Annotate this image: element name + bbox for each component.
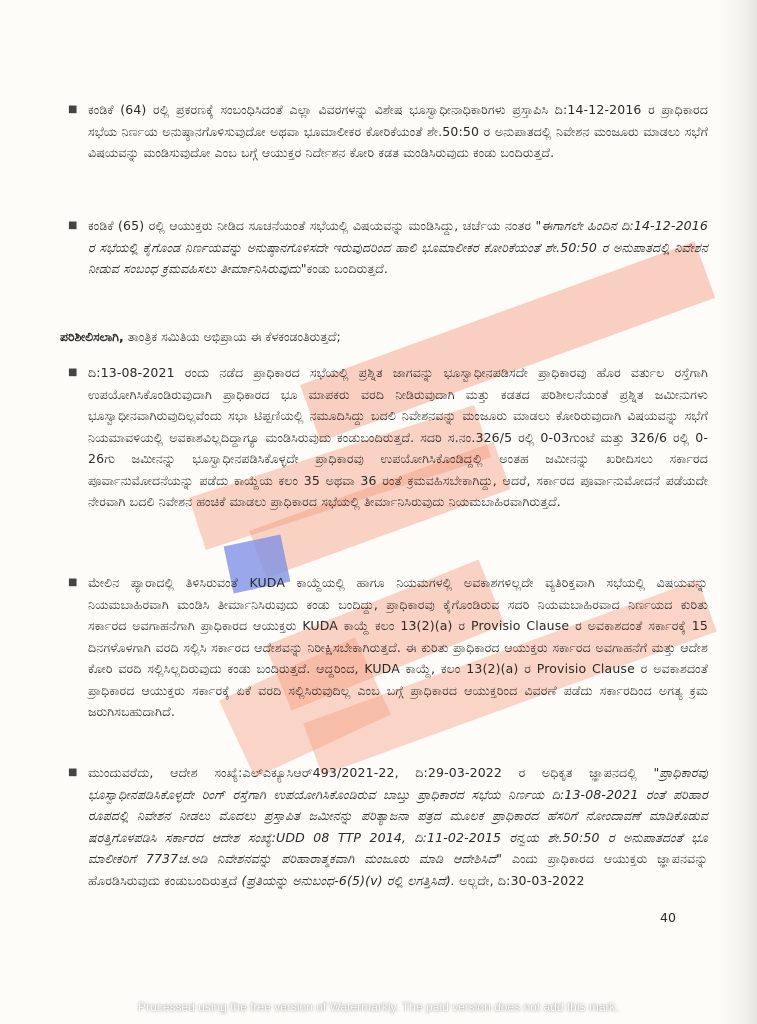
heading-bold: ಪರಿಶೀಲಿಸಲಾಗಿ,	[60, 329, 124, 344]
bullet-icon: ■	[68, 762, 78, 784]
page-number: 40	[660, 910, 676, 925]
finding-text-start: ಮುಂದುವರೆದು, ಆದೇಶ ಸಂಖ್ಯೆ:ಎಲ್‌ಎಕ್ಯೂಸಿಆರ್49…	[88, 765, 653, 780]
paragraph-65: ■ ಕಂಡಿಕೆ (65) ರಲ್ಲಿ ಆಯುಕ್ತರು ನೀಡಿದ ಸೂಚನೆ…	[88, 215, 708, 280]
paragraph-text: ಕಂಡಿಕೆ (65) ರಲ್ಲಿ ಆಯುಕ್ತರು ನೀಡಿದ ಸೂಚನೆಯಂ…	[88, 215, 708, 280]
page-edge-shadow	[717, 0, 757, 1024]
bullet-icon: ■	[68, 99, 78, 121]
bullet-icon: ■	[68, 572, 78, 594]
heading-rest: ತಾಂತ್ರಿಕ ಸಮಿತಿಯ ಅಭಿಪ್ರಾಯ ಈ ಕೆಳಕಂಡಂತಿರುತ್…	[124, 329, 341, 344]
finding-text: ಮುಂದುವರೆದು, ಆದೇಶ ಸಂಖ್ಯೆ:ಎಲ್‌ಎಕ್ಯೂಸಿಆರ್49…	[88, 762, 708, 891]
bullet-icon: ■	[68, 215, 78, 237]
finding-annexure-ref: (ಪ್ರತಿಯನ್ನು ಅನುಬಂಧ-6(5)(v) ರಲ್ಲಿ ಲಗತ್ತಿಸ…	[241, 873, 455, 888]
paragraph-64: ■ ಕಂಡಿಕೆ (64) ರಲ್ಲಿ ಪ್ರಕರಣಕ್ಕೆ ಸಂಬಂಧಿಸಿದ…	[88, 99, 708, 164]
document-page: ■ ಕಂಡಿಕೆ (64) ರಲ್ಲಿ ಪ್ರಕರಣಕ್ಕೆ ಸಂಬಂಧಿಸಿದ…	[0, 0, 757, 1024]
watermark-text: Processed using the free version of Wate…	[0, 1000, 757, 1014]
finding-2: ■ ಮೇಲಿನ ಪ್ಯಾರಾದಲ್ಲಿ ತಿಳಿಸಿರುವಂತೆ KUDA ಕಾ…	[88, 572, 708, 723]
finding-3: ■ ಮುಂದುವರೆದು, ಆದೇಶ ಸಂಖ್ಯೆ:ಎಲ್‌ಎಕ್ಯೂಸಿಆರ್…	[88, 762, 708, 891]
finding-1: ■ ದಿ:13-08-2021 ರಂದು ನಡೆದ ಪ್ರಾಧಿಕಾರದ ಸಭೆ…	[88, 362, 708, 513]
section-heading: ಪರಿಶೀಲಿಸಲಾಗಿ, ತಾಂತ್ರಿಕ ಸಮಿತಿಯ ಅಭಿಪ್ರಾಯ ಈ…	[60, 327, 341, 347]
finding-text: ದಿ:13-08-2021 ರಂದು ನಡೆದ ಪ್ರಾಧಿಕಾರದ ಸಭೆಯಲ…	[88, 362, 708, 513]
finding-text-end: ಅಲ್ಲದೇ, ದಿ:30-03-2022	[455, 873, 585, 888]
paragraph-text-plain: ಕಂಡಿಕೆ (65) ರಲ್ಲಿ ಆಯುಕ್ತರು ನೀಡಿದ ಸೂಚನೆಯಂ…	[88, 218, 535, 233]
bullet-icon: ■	[68, 362, 78, 384]
paragraph-text-end: ಕಂಡು ಬಂದಿರುತ್ತದೆ.	[307, 261, 388, 276]
finding-text: ಮೇಲಿನ ಪ್ಯಾರಾದಲ್ಲಿ ತಿಳಿಸಿರುವಂತೆ KUDA ಕಾಯ್…	[88, 572, 708, 723]
paragraph-text: ಕಂಡಿಕೆ (64) ರಲ್ಲಿ ಪ್ರಕರಣಕ್ಕೆ ಸಂಬಂಧಿಸಿದಂತ…	[88, 99, 708, 164]
